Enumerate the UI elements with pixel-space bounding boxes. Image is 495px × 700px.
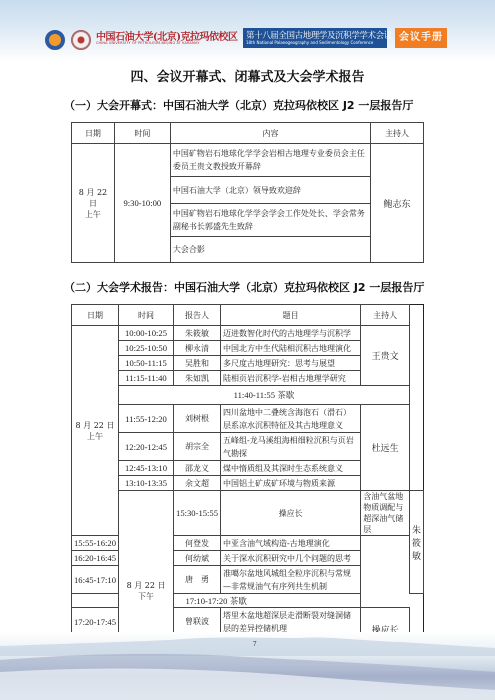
tea-break-cell: 17:10-17:20 茶歇 xyxy=(72,594,361,608)
table-row: 8 月 22 日 上午 10:00-10:25 朱筱敏 迈进数智化时代的古地理学… xyxy=(72,326,424,341)
opening-ceremony-table: 日期 时间 内容 主持人 8 月 22 日 上午 9:30-10:00 中国矿物… xyxy=(71,122,424,263)
column-header: 时间 xyxy=(114,123,170,144)
speaker-cell: 朱如凯 xyxy=(174,371,221,386)
page-number: 7 xyxy=(253,640,257,648)
time-cell: 16:20-16:45 xyxy=(72,551,119,566)
table-header-row: 日期 时间 内容 主持人 xyxy=(72,123,424,144)
time-cell: 15:30-15:55 xyxy=(174,491,221,536)
footer-landscape-decoration xyxy=(0,632,495,700)
topic-cell: 陆相页岩沉积学-岩相古地理学研究 xyxy=(221,371,361,386)
topic-cell: 煤中惰质组及其深时生态系统意义 xyxy=(221,461,361,476)
host-cell: 杜远生 xyxy=(361,405,410,491)
host-cell: 朱筱敏 xyxy=(409,491,423,594)
time-cell: 10:50-11:15 xyxy=(119,356,174,371)
handbook-label: 会议手册 xyxy=(395,28,447,48)
nfsc-logo-icon xyxy=(45,30,65,50)
date-text: 8 月 22 日 xyxy=(74,420,116,431)
date-text: 8 月 22 日 xyxy=(74,187,112,209)
university-name-en: CHINA UNIVERSITY OF PETROLEUM-BEIJING AT… xyxy=(96,41,199,45)
topic-cell: 中国铝土矿成矿环境与物质来源 xyxy=(221,476,361,491)
column-header: 时间 xyxy=(119,305,174,326)
time-cell: 10:00-10:25 xyxy=(119,326,174,341)
content-cell: 中国矿物岩石地球化学学会学会工作处处长、学会常务副秘书长郭盛先生致辞 xyxy=(170,204,370,237)
speaker-cell: 余文超 xyxy=(174,476,221,491)
conference-name-en: 18th National Palaeogeography and Sedime… xyxy=(246,40,373,45)
table-header-row: 日期 时间 报告人 题目 主持人 xyxy=(72,305,424,326)
topic-cell: 准噶尔盆地风城组全粒序沉积与常规—非常规油气有序列共生机制 xyxy=(221,566,361,594)
time-cell: 12:20-12:45 xyxy=(119,433,174,461)
host-cell: 鲍志东 xyxy=(371,144,424,263)
topic-cell: 中国北方中生代陆相沉积古地理演化 xyxy=(221,341,361,356)
date-cell: 8 月 22 日 上午 xyxy=(72,326,119,536)
table-row: 11:55-12:20 刘树根 四川盆地中二叠统含海泡石（滑石）层系凉水沉积特征… xyxy=(72,405,424,433)
host-cell: 王贵文 xyxy=(361,326,410,386)
speaker-cell: 操应长 xyxy=(221,491,361,536)
tea-break-cell: 11:40-11:55 茶歇 xyxy=(119,386,410,405)
column-header: 主持人 xyxy=(371,123,424,144)
time-cell: 9:30-10:00 xyxy=(114,144,170,263)
topic-cell: 迈进数智化时代的古地理学与沉积学 xyxy=(221,326,361,341)
university-seal-icon xyxy=(71,30,91,50)
topic-cell: 多尺度古地理研究：思考与展望 xyxy=(221,356,361,371)
table-row: 8 月 22 日 上午 9:30-10:00 中国矿物岩石地球化学学会岩相古地理… xyxy=(72,144,424,177)
speaker-cell: 吴胜和 xyxy=(174,356,221,371)
speaker-cell: 柳永清 xyxy=(174,341,221,356)
time-cell: 10:25-10:50 xyxy=(119,341,174,356)
time-cell: 16:45-17:10 xyxy=(72,566,119,594)
column-header: 日期 xyxy=(72,305,119,326)
period-text: 上午 xyxy=(74,431,116,442)
date-cell: 8 月 22 日 上午 xyxy=(72,144,115,263)
column-header: 主持人 xyxy=(361,305,410,326)
academic-report-title: （二）大会学术报告：中国石油大学（北京）克拉玛依校区 J2 一层报告厅 xyxy=(64,279,424,295)
topic-cell: 中亚含油气域构造-古地理演化 xyxy=(221,536,361,551)
mountain-icon xyxy=(0,632,495,700)
content-cell: 大会合影 xyxy=(170,237,370,263)
opening-ceremony-title: （一）大会开幕式：中国石油大学（北京）克拉玛依校区 J2 一层报告厅 xyxy=(64,97,413,113)
table-row: 8 月 22 日 下午 15:30-15:55 操应长 含油气盆地物质调配与超深… xyxy=(72,491,424,536)
content-cell: 中国矿物岩石地球化学学会岩相古地理专业委员会主任委员王贵文教授致开幕辞 xyxy=(170,144,370,177)
topic-cell: 五峰组-龙马溪组海相细粒沉积与页岩气勘探 xyxy=(221,433,361,461)
date-cell: 8 月 22 日 下午 xyxy=(119,491,174,651)
section-title: 四、会议开幕式、闭幕式及大会学术报告 xyxy=(0,66,495,85)
date-text: 8 月 22 日 xyxy=(121,540,171,591)
topic-cell: 四川盆地中二叠统含海泡石（滑石）层系凉水沉积特征及其古地理意义 xyxy=(221,405,361,433)
time-cell: 13:10-13:35 xyxy=(119,476,174,491)
speaker-cell: 何幼斌 xyxy=(174,551,221,566)
speaker-cell: 朱筱敏 xyxy=(174,326,221,341)
conference-banner: 第十八届全国古地理学及沉积学学术会议 18th National Palaeog… xyxy=(243,28,387,48)
time-cell: 11:15-11:40 xyxy=(119,371,174,386)
academic-report-table: 日期 时间 报告人 题目 主持人 8 月 22 日 上午 10:00-10:25… xyxy=(71,304,424,651)
break-row: 11:40-11:55 茶歇 xyxy=(72,386,424,405)
time-cell: 12:45-13:10 xyxy=(119,461,174,476)
speaker-cell: 胡宗全 xyxy=(174,433,221,461)
time-cell: 11:55-12:20 xyxy=(119,405,174,433)
column-header: 日期 xyxy=(72,123,115,144)
period-text: 上午 xyxy=(74,209,112,220)
speaker-cell: 何登发 xyxy=(174,536,221,551)
content-cell: 中国石油大学（北京）领导致欢迎辞 xyxy=(170,177,370,204)
column-header: 报告人 xyxy=(174,305,221,326)
time-cell: 15:55-16:20 xyxy=(72,536,119,551)
speaker-cell: 刘树根 xyxy=(174,405,221,433)
speaker-cell: 唐 勇 xyxy=(174,566,221,594)
speaker-cell: 邵龙义 xyxy=(174,461,221,476)
break-row: 17:10-17:20 茶歇 xyxy=(72,594,424,608)
column-header: 题目 xyxy=(221,305,361,326)
topic-cell: 关于深水沉积研究中几个问题的思考 xyxy=(221,551,361,566)
topic-cell: 含油气盆地物质调配与超深油气储层 xyxy=(361,491,410,536)
column-header: 内容 xyxy=(170,123,370,144)
